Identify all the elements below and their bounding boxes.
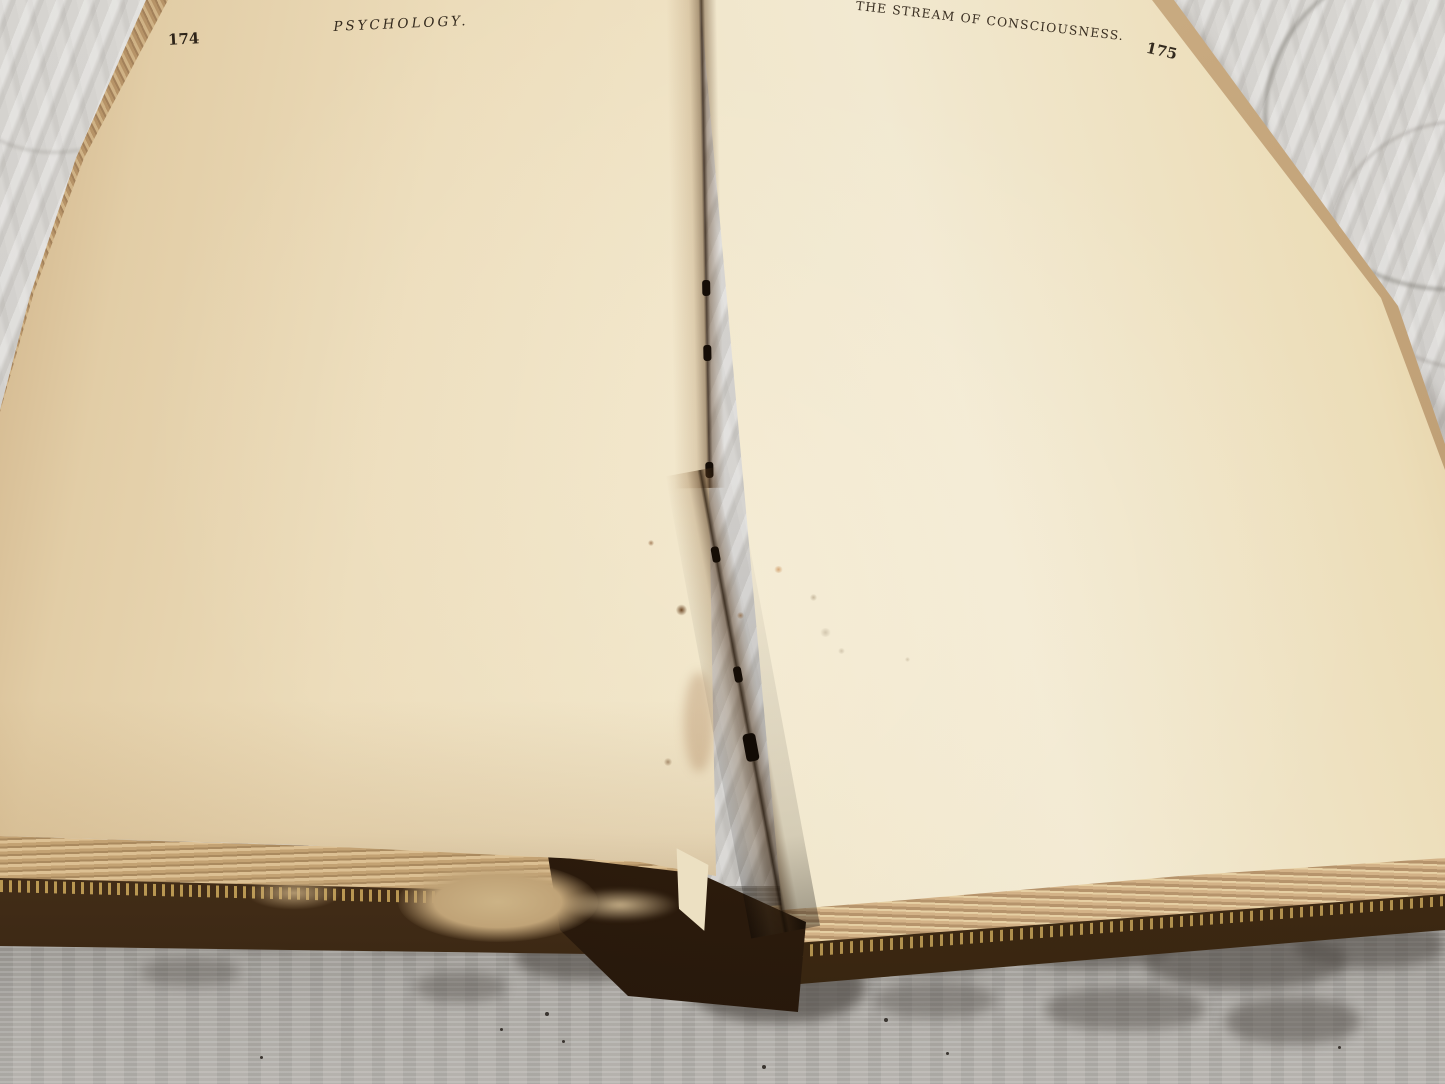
text-segment: trasts his own suffering self with the w… <box>770 44 772 61</box>
text-segment: verse, though he have no clear conceptio… <box>770 44 772 61</box>
text-segment: me <box>770 44 772 61</box>
surface-speck <box>1338 1046 1341 1049</box>
text-line: trasts his own suffering self with the w… <box>770 44 772 61</box>
spine-stitch <box>702 280 710 296</box>
fox-spot <box>676 604 687 616</box>
fox-spot <box>838 648 845 654</box>
surface-smudge <box>415 972 505 1002</box>
surface-smudge <box>140 958 240 986</box>
text-line: of the world; for him it is I who am the… <box>770 44 772 61</box>
text-line: once more been led. <box>769 44 772 61</box>
text-line: or of what the universe may be. He is fo… <box>770 44 772 61</box>
right-page-text: Even the trodden worm, as Lotze somewher… <box>772 44 1259 112</box>
spine-stitch <box>733 666 744 683</box>
page-number-right: 175 <box>1144 39 1179 64</box>
page-gutter <box>666 0 745 489</box>
text-segment: or of what the universe may be. He is fo… <box>770 44 772 61</box>
surface-speck <box>762 1065 766 1069</box>
fox-spot <box>664 758 672 766</box>
surface-speck <box>545 1012 549 1016</box>
surface-speck <box>260 1056 263 1059</box>
surface-speck <box>562 1040 565 1043</box>
text-segment: a mere part <box>770 44 772 61</box>
text-segment: of us dichotomizes the Kosmos in a diffe… <box>770 44 772 61</box>
fox-spot <box>820 628 831 637</box>
spine-stitch <box>742 732 760 762</box>
surface-speck <box>884 1018 888 1022</box>
book-photo: 174 PSYCHOLOGY. to be supreme. The ethic… <box>0 0 1445 1084</box>
text-segment: of the world; for him it is <box>770 44 772 61</box>
text-line: verse, though he have no clear conceptio… <box>770 44 772 61</box>
text-segment: Even the trodden worm, as Lotze somewher… <box>770 44 772 61</box>
text-line: sketch, let us in the next chapter try t… <box>769 44 772 61</box>
text-segment: ogy of this fact of self-consciousness t… <box>769 44 772 61</box>
page-number-left: 174 <box>168 29 200 49</box>
running-head-right: THE STREAM OF CONSCIOUSNESS. <box>842 0 1138 45</box>
text-segment: once more been led. <box>769 44 772 61</box>
spine-stitch <box>710 546 721 563</box>
text-segment: who am the mere part. Each <box>770 44 772 61</box>
running-head-left: PSYCHOLOGY. <box>286 11 516 37</box>
surface-smudge <box>1045 988 1205 1030</box>
surface-smudge <box>1225 998 1360 1044</box>
worn-cover-patch <box>560 888 680 922</box>
surface-speck <box>500 1028 503 1031</box>
worn-cover-patch <box>246 876 342 910</box>
fox-spot <box>737 612 744 619</box>
gutter-stain <box>684 672 714 772</box>
text-segment: sketch, let us in the next chapter try t… <box>769 44 772 61</box>
fox-spot <box>774 566 783 573</box>
text-line: Even the trodden worm, as Lotze somewher… <box>770 44 772 61</box>
surface-smudge <box>875 982 995 1018</box>
text-segment: I <box>770 44 772 61</box>
fox-spot <box>905 657 910 662</box>
fox-spot <box>810 594 817 601</box>
spine-stitch <box>703 345 711 361</box>
text-line: ogy of this fact of self-consciousness t… <box>769 44 772 61</box>
text-line: Descending now to finer work than this f… <box>770 44 773 61</box>
text-line: of us dichotomizes the Kosmos in a diffe… <box>770 44 772 61</box>
surface-speck <box>946 1052 949 1055</box>
fox-spot <box>648 540 654 546</box>
